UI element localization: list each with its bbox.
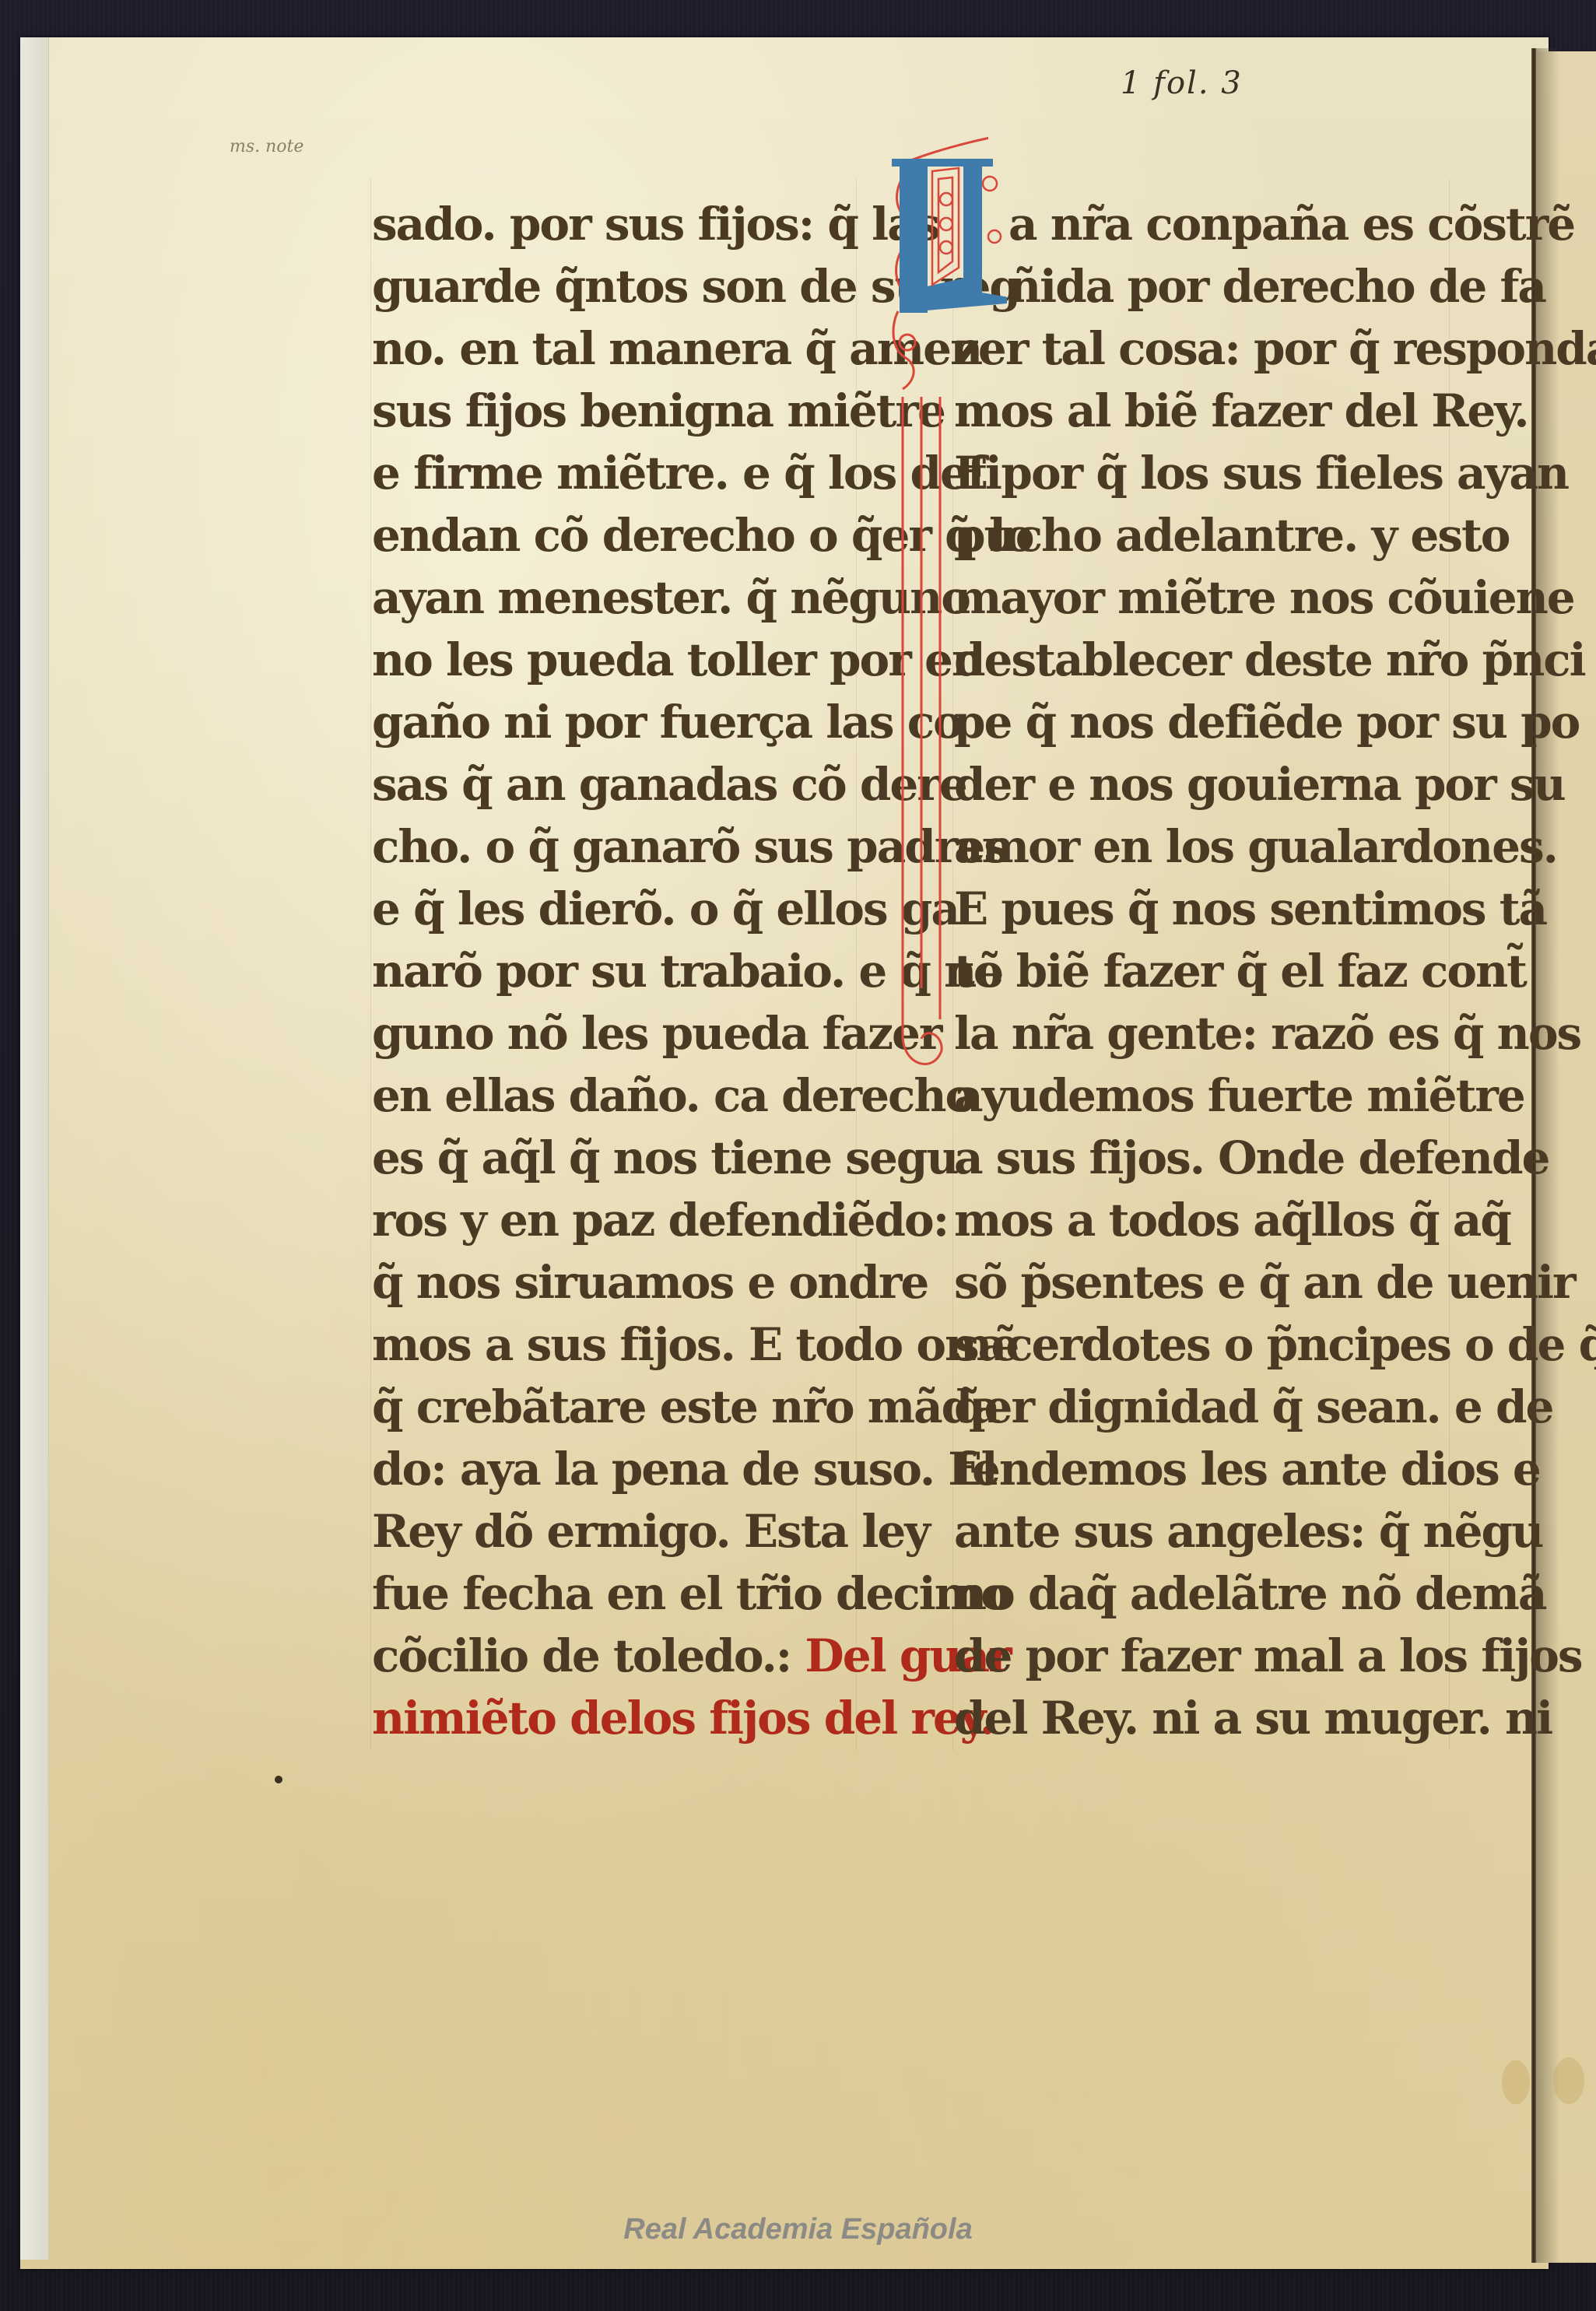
text-line: pucho adelantre. y esto <box>954 504 1596 566</box>
text-column-right: a nr̃a conpaña es cõstrẽ ñida por derech… <box>954 193 1596 1749</box>
text-line: to biẽ fazer q̃ el faz cont̃ <box>954 940 1596 1002</box>
text-line: mayor miẽtre nos cõuiene <box>954 566 1596 629</box>
text-line: Rey dõ ermigo. Esta ley <box>372 1500 1033 1562</box>
stain <box>1553 2057 1584 2104</box>
text-line: mos a todos aq̃llos q̃ aq̃ <box>954 1189 1596 1251</box>
text-line: ros y en paz defendiẽdo: <box>372 1189 1033 1251</box>
text-line: ayudemos fuerte miẽtre <box>954 1064 1596 1127</box>
text-line: del Rey. ni a su muger. ni <box>954 1687 1596 1749</box>
text-segment: cõcilio de toledo.: <box>372 1629 791 1682</box>
watermark: Real Academia Española <box>0 2213 1596 2246</box>
shelfmark-note: ms. note <box>230 137 303 156</box>
text-line: fue fecha en el tr̃io decimo <box>372 1562 1033 1625</box>
text-line: fendemos les ante dios e <box>954 1438 1596 1500</box>
text-line: de por fazer mal a los fijos <box>954 1625 1596 1687</box>
text-line: der e nos gouierna por su <box>954 753 1596 815</box>
rubric-heading: nimiẽto delos fijos del rey. <box>372 1687 1033 1749</box>
text-line: destablecer deste nr̃o p̃nci <box>954 629 1596 691</box>
text-line: amor en los gualardones. <box>954 815 1596 878</box>
stain <box>1502 2060 1530 2104</box>
text-line: a nr̃a conpaña es cõstrẽ <box>954 193 1596 255</box>
text-line-with-rubric: cõcilio de toledo.: Del guar <box>372 1625 1033 1687</box>
text-line: E por q̃ los sus fieles ayan <box>954 442 1596 504</box>
text-line: q̃er dignidad q̃ sean. e de <box>954 1376 1596 1438</box>
foliation-number: 1 fol. 3 <box>1121 65 1243 101</box>
binding-guard-strip <box>20 37 49 2260</box>
text-line: q̃ crebãtare este nr̃o mãda <box>372 1376 1033 1438</box>
ink-speck <box>275 1776 282 1783</box>
ruling-line <box>370 179 371 1751</box>
text-line: ante sus angeles: q̃ nẽgu <box>954 1500 1596 1562</box>
text-line: q̃ nos siruamos e ondre <box>372 1251 1033 1313</box>
text-line: sõ p̃sentes e q̃ an de uenir <box>954 1251 1596 1313</box>
text-line: no daq̃ adelãtre nõ demã <box>954 1562 1596 1625</box>
text-line: la nr̃a gente: razõ es q̃ nos <box>954 1002 1596 1064</box>
text-line: E pues q̃ nos sentimos tã <box>954 878 1596 940</box>
text-line: mos a sus fijos. E todo omẽ <box>372 1313 1033 1376</box>
text-line: a sus fijos. Onde defende <box>954 1127 1596 1189</box>
text-line: zer tal cosa: por q̃ responda <box>954 317 1596 380</box>
text-line: sacerdotes o p̃ncipes o de q̃l <box>954 1313 1596 1376</box>
text-line: mos al biẽ fazer del Rey. <box>954 380 1596 442</box>
text-line: es q̃ aq̃l q̃ nos tiene segu <box>372 1127 1033 1189</box>
text-line: ñida por derecho de fa <box>954 255 1596 317</box>
text-line: do: aya la pena de suso. El <box>372 1438 1033 1500</box>
text-line: pe q̃ nos defiẽde por su po <box>954 691 1596 753</box>
